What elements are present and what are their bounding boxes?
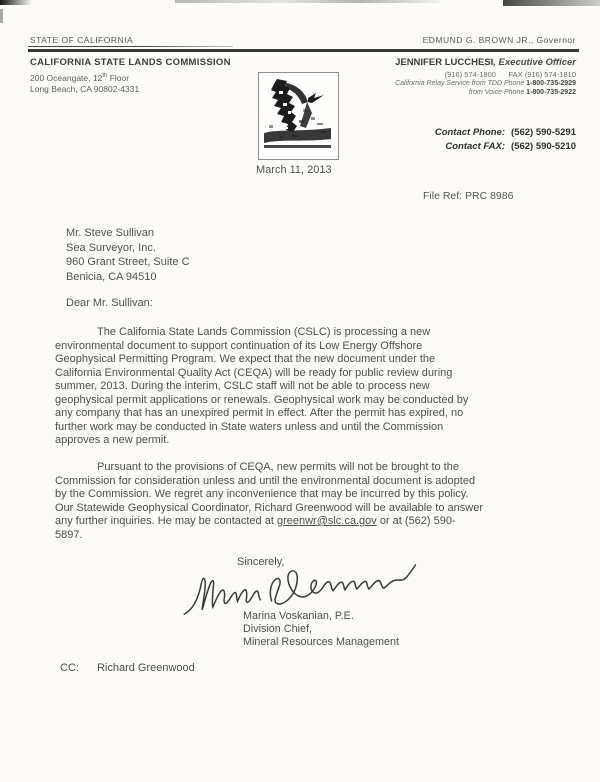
contact-fax-label: Contact FAX: xyxy=(445,140,505,154)
contact-fax-row: Contact FAX: (562) 590-5210 xyxy=(435,140,576,154)
executive-officer-line: JENNIFER LUCCHESI, Executive Officer xyxy=(395,57,576,68)
relay-line1-text: California Relay Service from TDD Phone xyxy=(395,80,526,87)
letter-date: March 11, 2013 xyxy=(256,164,332,176)
contact-phone-label: Contact Phone: xyxy=(435,126,505,140)
relay-service-line2: from Voice Phone 1-800-735-2922 xyxy=(395,88,576,97)
contact-phone-row: Contact Phone: (562) 590-5291 xyxy=(435,126,576,140)
officer-contact-block: JENNIFER LUCCHESI, Executive Officer (91… xyxy=(395,57,576,97)
signer-name: Marina Voskanian, P.E. xyxy=(243,610,399,623)
scan-artifact-top-middle xyxy=(175,0,440,3)
relay-line2-number: 1-800-735-2922 xyxy=(526,89,576,96)
scan-artifact-left-edge xyxy=(0,9,3,23)
rock-arch-and-bird-illustration xyxy=(259,73,336,157)
body-paragraph-2: Pursuant to the provisions of CEQA, new … xyxy=(55,461,555,542)
cc-label: CC: xyxy=(60,662,79,674)
agency-address-line1: 200 Oceangate, 12th Floor xyxy=(30,71,231,84)
governor-label: EDMUND G. BROWN JR., Governor xyxy=(423,35,576,45)
office-phone-fax-line: (916) 574-1800 FAX (916) 574-1810 xyxy=(395,70,576,79)
address-street: 200 Oceangate, 12 xyxy=(30,72,102,82)
state-label-underline xyxy=(28,46,233,47)
masthead-top-row: STATE OF CALIFORNIA EDMUND G. BROWN JR.,… xyxy=(30,35,576,45)
address-floor: Floor xyxy=(107,72,129,82)
cslc-logo-image xyxy=(258,72,339,160)
scan-artifact-top-left xyxy=(0,0,32,5)
direct-contact-block: Contact Phone: (562) 590-5291 Contact FA… xyxy=(435,126,576,153)
cc-recipient: Richard Greenwood xyxy=(97,662,195,674)
masthead-rule xyxy=(28,49,579,52)
agency-address-block: CALIFORNIA STATE LANDS COMMISSION 200 Oc… xyxy=(30,57,231,95)
relay-line2-text: from Voice Phone xyxy=(469,89,526,96)
contact-fax-value: (562) 590-5210 xyxy=(511,140,576,154)
body-paragraph-1: The California State Lands Commission (C… xyxy=(55,326,555,448)
contact-phone-value: (562) 590-5291 xyxy=(511,126,576,140)
executive-officer-name: JENNIFER LUCCHESI xyxy=(395,57,493,68)
relay-line1-number: 1-800-735-2929 xyxy=(526,80,576,87)
contact-email-text: greenwr@slc.ca.gov xyxy=(277,515,377,527)
file-reference: File Ref: PRC 8986 xyxy=(423,190,513,202)
relay-service-line1: California Relay Service from TDD Phone … xyxy=(395,79,576,88)
state-of-california-label: STATE OF CALIFORNIA xyxy=(30,35,133,45)
signer-organization: Mineral Resources Management xyxy=(243,636,399,649)
signer-title: Division Chief, xyxy=(243,623,399,636)
scanned-letter-page: STATE OF CALIFORNIA EDMUND G. BROWN JR.,… xyxy=(0,0,600,782)
cc-line: CC: Richard Greenwood xyxy=(60,662,195,674)
signature-block: Marina Voskanian, P.E. Division Chief, M… xyxy=(243,610,399,649)
executive-officer-title: , Executive Officer xyxy=(493,57,576,68)
agency-address-line2: Long Beach, CA 90802-4331 xyxy=(30,84,231,96)
scan-artifact-top-right xyxy=(503,0,600,6)
salutation: Dear Mr. Sullivan: xyxy=(66,297,153,309)
recipient-address-block: Mr. Steve Sullivan Sea Surveyor, Inc. 96… xyxy=(66,226,190,284)
agency-name: CALIFORNIA STATE LANDS COMMISSION xyxy=(30,57,231,69)
